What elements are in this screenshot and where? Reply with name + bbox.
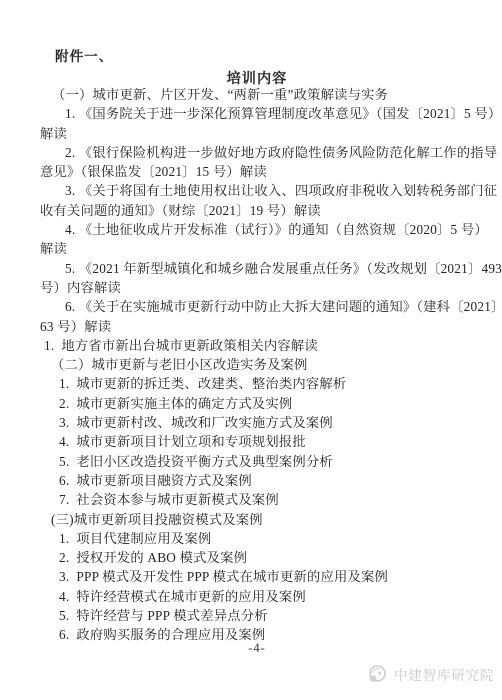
list-item: 3. 《关于将国有土地使用权出让收入、四项政府非税收入划转税务部门征 [40, 181, 474, 200]
content-line-continuation: 号）内容解读 [40, 278, 474, 297]
list-item: 2. 城市更新实施主体的确定方式及实例 [40, 394, 474, 413]
content-line-continuation: 解读 [40, 124, 474, 143]
attachment-label: 附件一、 [40, 47, 474, 67]
page-number: -4- [12, 641, 502, 656]
content-line-continuation: 解读 [40, 239, 474, 258]
list-item: 1. 地方省市新出台城市更新政策相关内容解读 [40, 336, 474, 355]
list-item: 3. PPP 模式及开发性 PPP 模式在城市更新的应用及案例 [40, 567, 474, 586]
content-line-continuation: 意见》（银保监发〔2021〕15 号）解读 [40, 162, 474, 181]
list-item: 5. 特许经营与 PPP 模式差异点分析 [40, 606, 474, 625]
list-item: 7. 社会资本参与城市更新模式及案例 [40, 490, 474, 509]
list-item: 5. 老旧小区改造投资平衡方式及典型案例分析 [40, 452, 474, 471]
section-heading: （一）城市更新、片区开发、“两新一重”政策解读与实务 [40, 85, 474, 104]
list-item: 1. 项目代建制应用及案例 [40, 529, 474, 548]
list-item: 4. 特许经营模式在城市更新的应用及案例 [40, 587, 474, 606]
list-item: 3. 城市更新村改、城改和厂改实施方式及案例 [40, 413, 474, 432]
list-item: 2. 授权开发的 ABO 模式及案例 [40, 548, 474, 567]
list-item: 2. 《银行保险机构进一步做好地方政府隐性债务风险防范化解工作的指导 [40, 143, 474, 162]
outline-body: （一）城市更新、片区开发、“两新一重”政策解读与实务 1. 《国务院关于进一步深… [40, 85, 474, 645]
watermark-label: 中建智库研究院 [394, 664, 494, 684]
watermark: 中建智库研究院 [367, 664, 494, 684]
circle-emblem-icon [367, 664, 387, 684]
section-heading: (三)城市更新项目投融资模式及案例 [40, 510, 474, 529]
list-item: 5. 《2021 年新型城镇化和城乡融合发展重点任务》（发改规划〔2021〕49… [40, 259, 474, 278]
list-item: 4. 《土地征收成片开发标准（试行）》的通知（自然资规〔2020〕5 号） [40, 220, 474, 239]
list-item: 4. 城市更新项目计划立项和专项规划报批 [40, 432, 474, 451]
list-item: 1. 《国务院关于进一步深化预算管理制度改革意见》（国发〔2021〕5 号） [40, 104, 474, 123]
list-item: 1. 城市更新的拆迁类、改建类、整治类内容解析 [40, 374, 474, 393]
content-line-continuation: 收有关问题的通知》（财综〔2021〕19 号）解读 [40, 201, 474, 220]
document-content: 附件一、 培训内容 （一）城市更新、片区开发、“两新一重”政策解读与实务 1. … [0, 0, 502, 645]
document-page: 附件一、 培训内容 （一）城市更新、片区开发、“两新一重”政策解读与实务 1. … [0, 0, 502, 700]
list-item: 6. 《关于在实施城市更新行动中防止大拆大建问题的通知》（建科〔2021〕 [40, 297, 474, 316]
content-line-continuation: 63 号）解读 [40, 317, 474, 336]
list-item: 6. 城市更新项目融资方式及案例 [40, 471, 474, 490]
section-heading: （二）城市更新与老旧小区改造实务及案例 [40, 355, 474, 374]
